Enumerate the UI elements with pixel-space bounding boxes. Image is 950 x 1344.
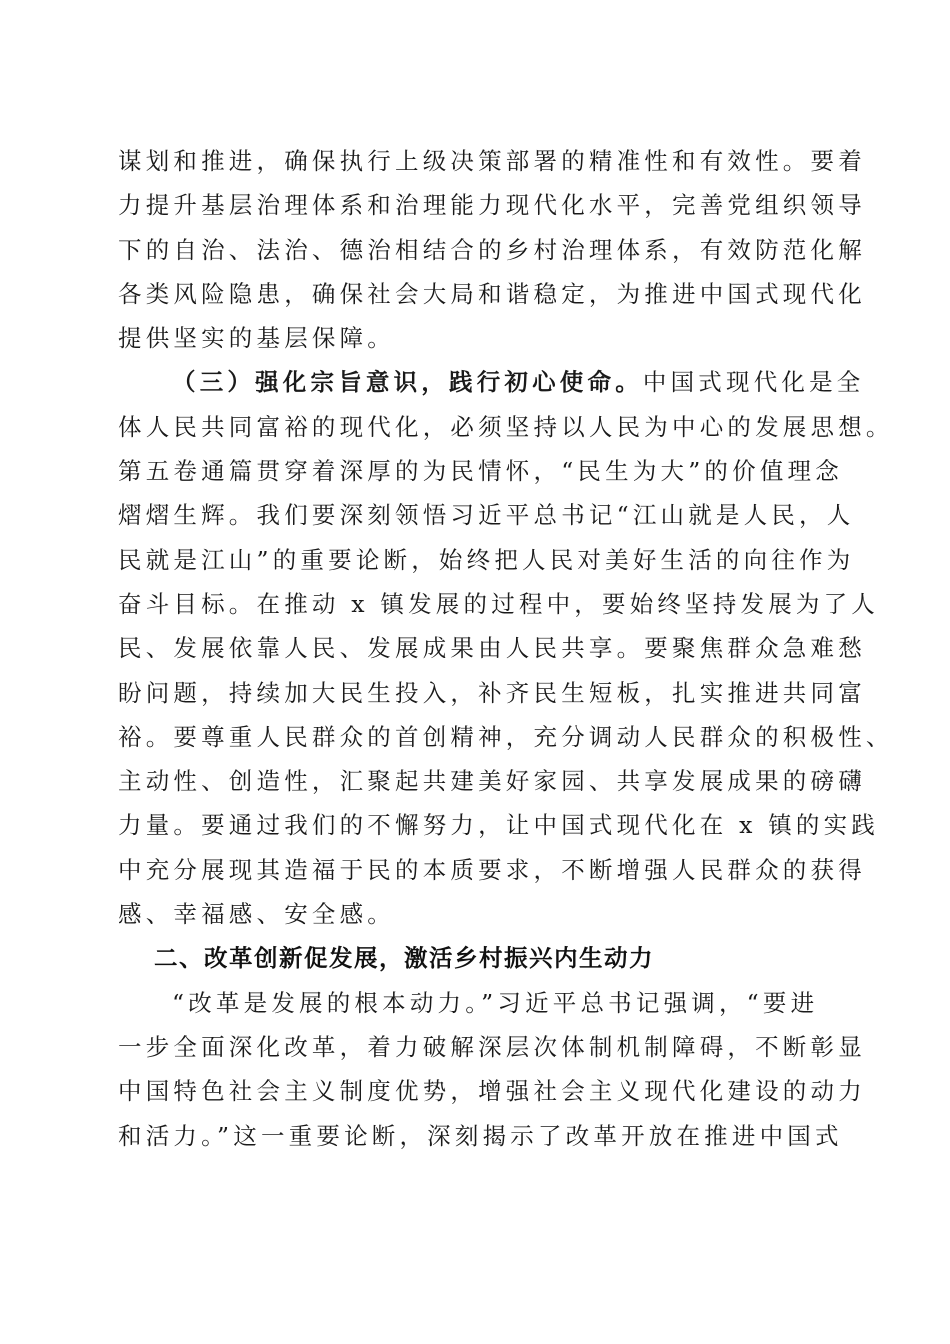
subsection-first-line: （三）强化宗旨意识，践行初心使命。中国式现代化是全 bbox=[118, 360, 834, 404]
paragraph-line: 和活力。”这一重要论断，深刻揭示了改革开放在推进中国式 bbox=[118, 1114, 834, 1158]
paragraph-line: 体人民共同富裕的现代化，必须坚持以人民为中心的发展思想。 bbox=[118, 405, 834, 449]
paragraph-line: 一步全面深化改革，着力破解深层次体制机制障碍，不断彰显 bbox=[118, 1025, 834, 1069]
paragraph-line: 中充分展现其造福于民的本质要求，不断增强人民群众的获得 bbox=[118, 848, 834, 892]
paragraph-line: 谋划和推进，确保执行上级决策部署的精准性和有效性。要着 bbox=[118, 139, 834, 183]
paragraph-line: 第五卷通篇贯穿着深厚的为民情怀，“民生为大”的价值理念 bbox=[118, 449, 834, 493]
subsection-heading: （三）强化宗旨意识，践行初心使命。 bbox=[172, 368, 643, 396]
paragraph-line: 民就是江山”的重要论断，始终把人民对美好生活的向往作为 bbox=[118, 538, 834, 582]
paragraph-line: 力提升基层治理体系和治理能力现代化水平，完善党组织领导 bbox=[118, 183, 834, 227]
subsection-first-line-text: 中国式现代化是全 bbox=[643, 368, 865, 396]
document-page: 谋划和推进，确保执行上级决策部署的精准性和有效性。要着 力提升基层治理体系和治理… bbox=[0, 0, 950, 1344]
paragraph-line: 裕。要尊重人民群众的首创精神，充分调动人民群众的积极性、 bbox=[118, 715, 834, 759]
paragraph-line: 各类风险隐患，确保社会大局和谐稳定，为推进中国式现代化 bbox=[118, 272, 834, 316]
paragraph-line: 熠熠生辉。我们要深刻领悟习近平总书记“江山就是人民，人 bbox=[118, 493, 834, 537]
section-heading: 二、改革创新促发展，激活乡村振兴内生动力 bbox=[118, 936, 834, 980]
paragraph-line: 力量。要通过我们的不懈努力，让中国式现代化在 x 镇的实践 bbox=[118, 803, 834, 847]
paragraph-line: 中国特色社会主义制度优势，增强社会主义现代化建设的动力 bbox=[118, 1069, 834, 1113]
paragraph-line: 主动性、创造性，汇聚起共建美好家园、共享发展成果的磅礴 bbox=[118, 759, 834, 803]
paragraph-line: 感、幸福感、安全感。 bbox=[118, 892, 834, 936]
document-body: 谋划和推进，确保执行上级决策部署的精准性和有效性。要着 力提升基层治理体系和治理… bbox=[118, 139, 834, 1158]
paragraph-first-line: “改革是发展的根本动力。”习近平总书记强调，“要进 bbox=[118, 981, 834, 1025]
paragraph-line: 提供坚实的基层保障。 bbox=[118, 316, 834, 360]
paragraph-line: 下的自治、法治、德治相结合的乡村治理体系，有效防范化解 bbox=[118, 228, 834, 272]
paragraph-line: 民、发展依靠人民、发展成果由人民共享。要聚焦群众急难愁 bbox=[118, 626, 834, 670]
paragraph-line: 盼问题，持续加大民生投入，补齐民生短板，扎实推进共同富 bbox=[118, 671, 834, 715]
paragraph-line: 奋斗目标。在推动 x 镇发展的过程中，要始终坚持发展为了人 bbox=[118, 582, 834, 626]
